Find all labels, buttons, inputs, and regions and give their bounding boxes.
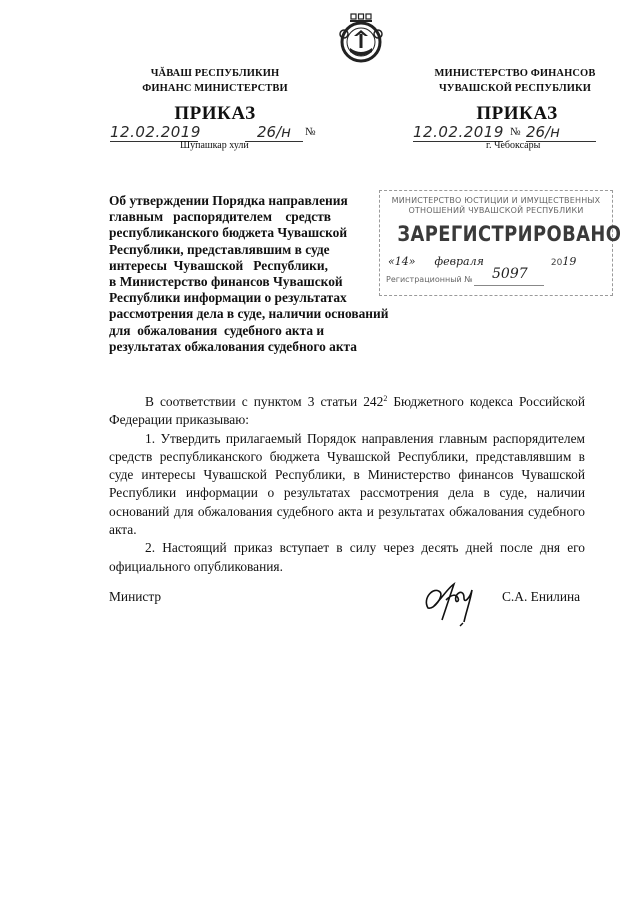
signer-name: С.А. Енилина [502,589,580,605]
place-right: г. Чебоксары [486,140,540,151]
title-line: результатах обжалования судебного акта [109,339,409,355]
title-line: для обжалования судебного акта и [109,323,409,339]
header-right-org-line2: ЧУВАШСКОЙ РЕСПУБЛИКИ [420,81,610,96]
header-left-org-line1: ЧĂВАШ РЕСПУБЛИКИН [120,66,310,81]
document-body: В соответствии с пунктом 3 статьи 2422 Б… [109,393,585,576]
number-sign-right: № [510,126,521,138]
title-line: главным распорядителем средств [109,209,409,225]
header-right-org: МИНИСТЕРСТВО ФИНАНСОВ ЧУВАШСКОЙ РЕСПУБЛИ… [420,66,610,96]
preamble: В соответствии с пунктом 3 статьи 2422 Б… [109,393,585,430]
stamp-org-line2: ОТНОШЕНИЙ ЧУВАШСКОЙ РЕСПУБЛИКИ [380,206,612,216]
title-line: Республики информации о результатах [109,290,409,306]
stamp-reg-label: Регистрационный № [386,275,473,284]
preamble-text-a: В соответствии с пунктом 3 статьи 242 [145,394,383,409]
order-item-2: 2. Настоящий приказ вступает в силу чере… [109,539,585,576]
signer-role: Министр [109,589,161,605]
emblem-icon [338,12,384,64]
title-line: интересы Чувашской Республики, [109,258,409,274]
stamp-status: ЗАРЕГИСТРИРОВАНО [397,222,594,246]
stamp-day: «14» [388,255,415,268]
title-line: Республики, представлявшим в суде [109,242,409,258]
stamp-year-prefix: 20 [551,258,562,268]
doc-type-right: ПРИКАЗ [452,103,582,125]
header-left-org: ЧĂВАШ РЕСПУБЛИКИН ФИНАНС МИНИСТЕРСТВИ [120,66,310,96]
stamp-month: февраля [434,255,483,268]
handwritten-signature-icon [420,578,490,630]
stamp-reg-line [474,285,544,286]
order-item-1: 1. Утвердить прилагаемый Порядок направл… [109,430,585,540]
document-title: Об утверждении Порядка направления главн… [109,193,409,355]
title-line: в Министерство финансов Чувашской [109,274,409,290]
place-left: Шупашкар хули [180,140,249,151]
number-sign-left: № [305,126,316,138]
title-line: рассмотрения дела в суде, наличии основа… [109,306,409,322]
stamp-year-suffix: 19 [562,255,576,268]
header-left-org-line2: ФИНАНС МИНИСТЕРСТВИ [120,81,310,96]
title-line: Об утверждении Порядка направления [109,193,409,209]
number-left: 26/н [245,123,303,142]
stamp-reg-number: 5097 [492,266,528,282]
title-line: республиканского бюджета Чувашской [109,225,409,241]
stamp-org: МИНИСТЕРСТВО ЮСТИЦИИ И ИМУЩЕСТВЕННЫХ ОТН… [380,196,612,216]
doc-type-left: ПРИКАЗ [150,103,280,125]
header-right-org-line1: МИНИСТЕРСТВО ФИНАНСОВ [420,66,610,81]
stamp-reg-number-row: Регистрационный № 5097 [386,275,606,284]
registration-stamp: МИНИСТЕРСТВО ЮСТИЦИИ И ИМУЩЕСТВЕННЫХ ОТН… [379,190,613,296]
stamp-org-line1: МИНИСТЕРСТВО ЮСТИЦИИ И ИМУЩЕСТВЕННЫХ [380,196,612,206]
